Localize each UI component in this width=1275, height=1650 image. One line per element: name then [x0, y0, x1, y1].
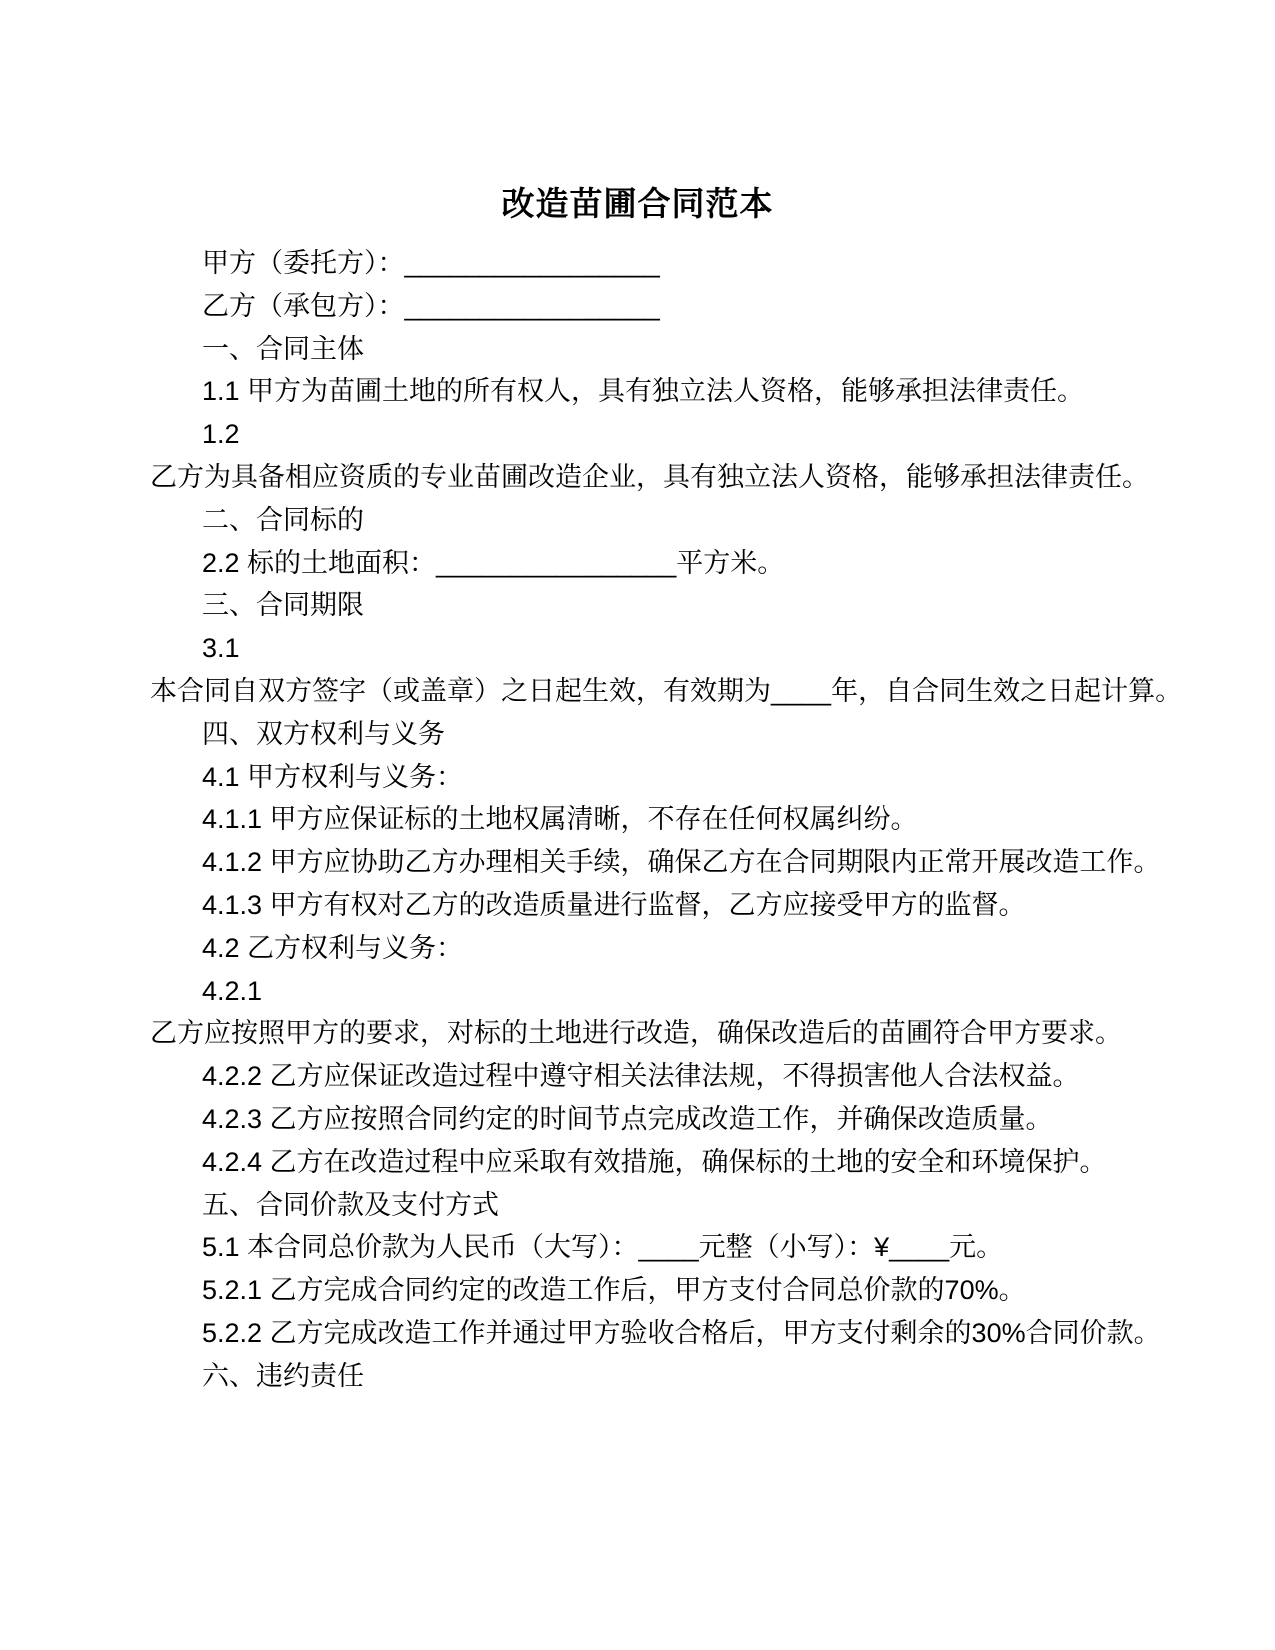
- contract-line: 1.1 甲方为苗圃土地的所有权人，具有独立法人资格，能够承担法律责任。: [150, 370, 1150, 413]
- contract-line: 二、合同标的: [150, 499, 1150, 542]
- contract-line: 2.2 标的土地面积：________________平方米。: [150, 542, 1150, 585]
- contract-line: 五、合同价款及支付方式: [150, 1184, 1150, 1227]
- contract-line: 4.2.4 乙方在改造过程中应采取有效措施，确保标的土地的安全和环境保护。: [150, 1141, 1150, 1184]
- contract-line: 4.1.3 甲方有权对乙方的改造质量进行监督，乙方应接受甲方的监督。: [150, 884, 1150, 927]
- contract-line: 5.2.2 乙方完成改造工作并通过甲方验收合格后，甲方支付剩余的30%合同价款。: [150, 1312, 1150, 1355]
- contract-line: 4.1 甲方权利与义务：: [150, 756, 1150, 799]
- contract-line: 本合同自双方签字（或盖章）之日起生效，有效期为____年，自合同生效之日起计算。: [150, 670, 1150, 713]
- document-title: 改造苗圃合同范本: [0, 182, 1275, 226]
- contract-line: 5.2.1 乙方完成合同约定的改造工作后，甲方支付合同总价款的70%。: [150, 1269, 1150, 1312]
- contract-line: 乙方应按照甲方的要求，对标的土地进行改造，确保改造后的苗圃符合甲方要求。: [150, 1012, 1150, 1055]
- contract-line: 4.1.1 甲方应保证标的土地权属清晰，不存在任何权属纠纷。: [150, 798, 1150, 841]
- contract-line: 三、合同期限: [150, 584, 1150, 627]
- document-body: 甲方（委托方）：_________________乙方（承包方）：_______…: [0, 242, 1275, 1398]
- contract-line: 4.2.1: [150, 970, 1150, 1013]
- contract-line: 乙方为具备相应资质的专业苗圃改造企业，具有独立法人资格，能够承担法律责任。: [150, 456, 1150, 499]
- contract-line: 4.2.2 乙方应保证改造过程中遵守相关法律法规，不得损害他人合法权益。: [150, 1055, 1150, 1098]
- contract-line: 4.1.2 甲方应协助乙方办理相关手续，确保乙方在合同期限内正常开展改造工作。: [150, 841, 1150, 884]
- contract-line: 4.2 乙方权利与义务：: [150, 927, 1150, 970]
- contract-line: 4.2.3 乙方应按照合同约定的时间节点完成改造工作，并确保改造质量。: [150, 1098, 1150, 1141]
- contract-line: 四、双方权利与义务: [150, 713, 1150, 756]
- contract-line: 3.1: [150, 627, 1150, 670]
- contract-line: 一、合同主体: [150, 328, 1150, 371]
- contract-line: 1.2: [150, 413, 1150, 456]
- contract-line: 5.1 本合同总价款为人民币（大写）：____元整（小写）：¥____元。: [150, 1226, 1150, 1269]
- contract-line: 六、违约责任: [150, 1355, 1150, 1398]
- document-page: 改造苗圃合同范本 甲方（委托方）：_________________乙方（承包方…: [0, 0, 1275, 1650]
- contract-line: 甲方（委托方）：_________________: [150, 242, 1150, 285]
- contract-line: 乙方（承包方）：_________________: [150, 285, 1150, 328]
